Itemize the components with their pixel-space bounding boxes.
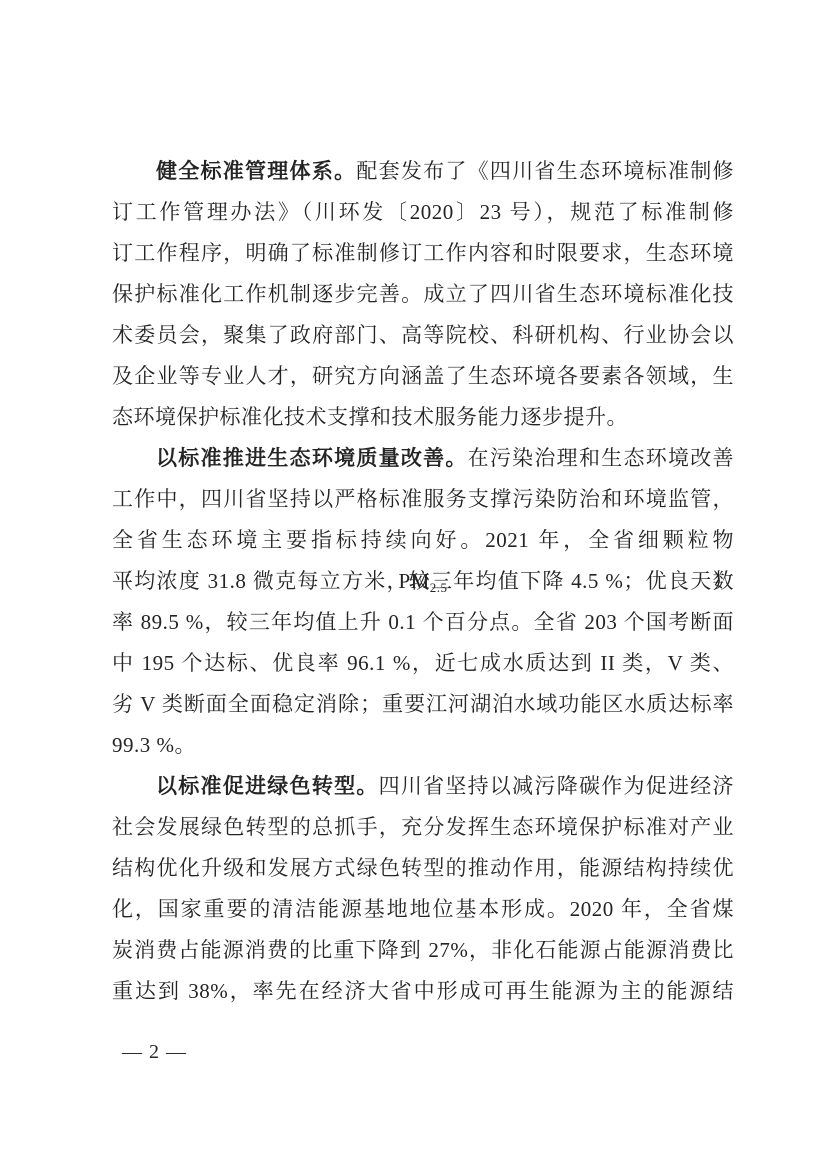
text-line: 劣 V 类断面全面稳定消除；重要江河湖泊水域功能区水质达标率 — [112, 684, 734, 725]
body-text: 订工作程序，明确了标准制修订工作内容和时限要求，生态环境 — [112, 241, 734, 265]
body-text: 中 195 个达标、优良率 96.1 %，近七成水质达到 II 类，V 类、 — [112, 651, 734, 675]
body-text: 99.3 %。 — [112, 733, 196, 757]
body-text: 率 89.5 %，较三年均值上升 0.1 个百分点。全省 203 个国考断面 — [112, 610, 734, 634]
body-text: 炭消费占能源消费的比重下降到 27%，非化石能源占能源消费比 — [112, 938, 734, 962]
text-line: 及企业等专业人才，研究方向涵盖了生态环境各要素各领域，生 — [112, 356, 734, 397]
paragraph-1: 健全标准管理体系。配套发布了《四川省生态环境标准制修订工作管理办法》（川环发〔2… — [112, 151, 734, 438]
text-line: 术委员会，聚集了政府部门、高等院校、科研机构、行业协会以 — [112, 315, 734, 356]
body-text: 及企业等专业人才，研究方向涵盖了生态环境各要素各领域，生 — [112, 364, 734, 388]
body-text: 化，国家重要的清洁能源基地地位基本形成。2020 年，全省煤 — [112, 897, 734, 921]
text-line: 率 89.5 %，较三年均值上升 0.1 个百分点。全省 203 个国考断面 — [112, 602, 734, 643]
body-text: 工作中，四川省坚持以严格标准服务支撑污染防治和环境监管， — [112, 487, 734, 511]
text-line: 以标准推进生态环境质量改善。在污染治理和生态环境改善 — [112, 438, 734, 479]
text-line: 99.3 %。 — [112, 725, 734, 766]
text-line: 保护标准化工作机制逐步完善。成立了四川省生态环境标准化技 — [112, 274, 734, 315]
document-body: 健全标准管理体系。配套发布了《四川省生态环境标准制修订工作管理办法》（川环发〔2… — [112, 151, 734, 1012]
text-line: 订工作程序，明确了标准制修订工作内容和时限要求，生态环境 — [112, 233, 734, 274]
paragraph-2: 以标准推进生态环境质量改善。在污染治理和生态环境改善工作中，四川省坚持以严格标准… — [112, 438, 734, 766]
subscript-text: 2.5 — [430, 580, 448, 595]
text-line: 重达到 38%，率先在经济大省中形成可再生能源为主的能源结 — [112, 971, 734, 1012]
body-text: 保护标准化工作机制逐步完善。成立了四川省生态环境标准化技 — [112, 282, 734, 306]
text-line: 工作中，四川省坚持以严格标准服务支撑污染防治和环境监管， — [112, 479, 734, 520]
text-line: 社会发展绿色转型的总抓手，充分发挥生态环境保护标准对产业 — [112, 807, 734, 848]
body-text: 订工作管理办法》（川环发〔2020〕23 号），规范了标准制修 — [112, 200, 734, 224]
text-line: 炭消费占能源消费的比重下降到 27%，非化石能源占能源消费比 — [112, 930, 734, 971]
page-number: — 2 — — [122, 1040, 187, 1064]
text-line: 平均浓度 31.8 微克每立方米，较三年均值下降 4.5 %；优良天数 — [112, 561, 734, 602]
body-text: 配套发布了《四川省生态环境标准制修 — [356, 159, 734, 183]
body-text: 重达到 38%，率先在经济大省中形成可再生能源为主的能源结 — [112, 979, 734, 1003]
paragraph-lead-bold: 以标准推进生态环境质量改善。 — [156, 447, 468, 470]
text-line: 中 195 个达标、优良率 96.1 %，近七成水质达到 II 类，V 类、 — [112, 643, 734, 684]
body-text: 态环境保护标准化技术支撑和技术服务能力逐步提升。 — [112, 405, 628, 429]
body-text: 术委员会，聚集了政府部门、高等院校、科研机构、行业协会以 — [112, 323, 734, 347]
body-text: 平均浓度 31.8 微克每立方米，较三年均值下降 4.5 %；优良天数 — [112, 569, 734, 593]
paragraph-lead-bold: 以标准促进绿色转型。 — [156, 775, 379, 798]
text-line: 化，国家重要的清洁能源基地地位基本形成。2020 年，全省煤 — [112, 889, 734, 930]
body-text: 结构优化升级和发展方式绿色转型的推动作用，能源结构持续优 — [112, 856, 734, 880]
body-text: 在污染治理和生态环境改善 — [468, 446, 734, 470]
document-page: 健全标准管理体系。配套发布了《四川省生态环境标准制修订工作管理办法》（川环发〔2… — [0, 0, 826, 1169]
text-line: 结构优化升级和发展方式绿色转型的推动作用，能源结构持续优 — [112, 848, 734, 889]
paragraph-lead-bold: 健全标准管理体系。 — [156, 160, 356, 183]
text-line: 订工作管理办法》（川环发〔2020〕23 号），规范了标准制修 — [112, 192, 734, 233]
text-line: 健全标准管理体系。配套发布了《四川省生态环境标准制修 — [112, 151, 734, 192]
body-text: 劣 V 类断面全面稳定消除；重要江河湖泊水域功能区水质达标率 — [112, 692, 734, 716]
paragraph-3: 以标准促进绿色转型。四川省坚持以减污降碳作为促进经济社会发展绿色转型的总抓手，充… — [112, 766, 734, 1012]
body-text: 四川省坚持以减污降碳作为促进经济 — [379, 774, 734, 798]
body-text: 社会发展绿色转型的总抓手，充分发挥生态环境保护标准对产业 — [112, 815, 734, 839]
text-line: 全省生态环境主要指标持续向好。2021 年，全省细颗粒物（PM2.5） — [112, 520, 734, 561]
text-line: 以标准促进绿色转型。四川省坚持以减污降碳作为促进经济 — [112, 766, 734, 807]
text-line: 态环境保护标准化技术支撑和技术服务能力逐步提升。 — [112, 397, 734, 438]
